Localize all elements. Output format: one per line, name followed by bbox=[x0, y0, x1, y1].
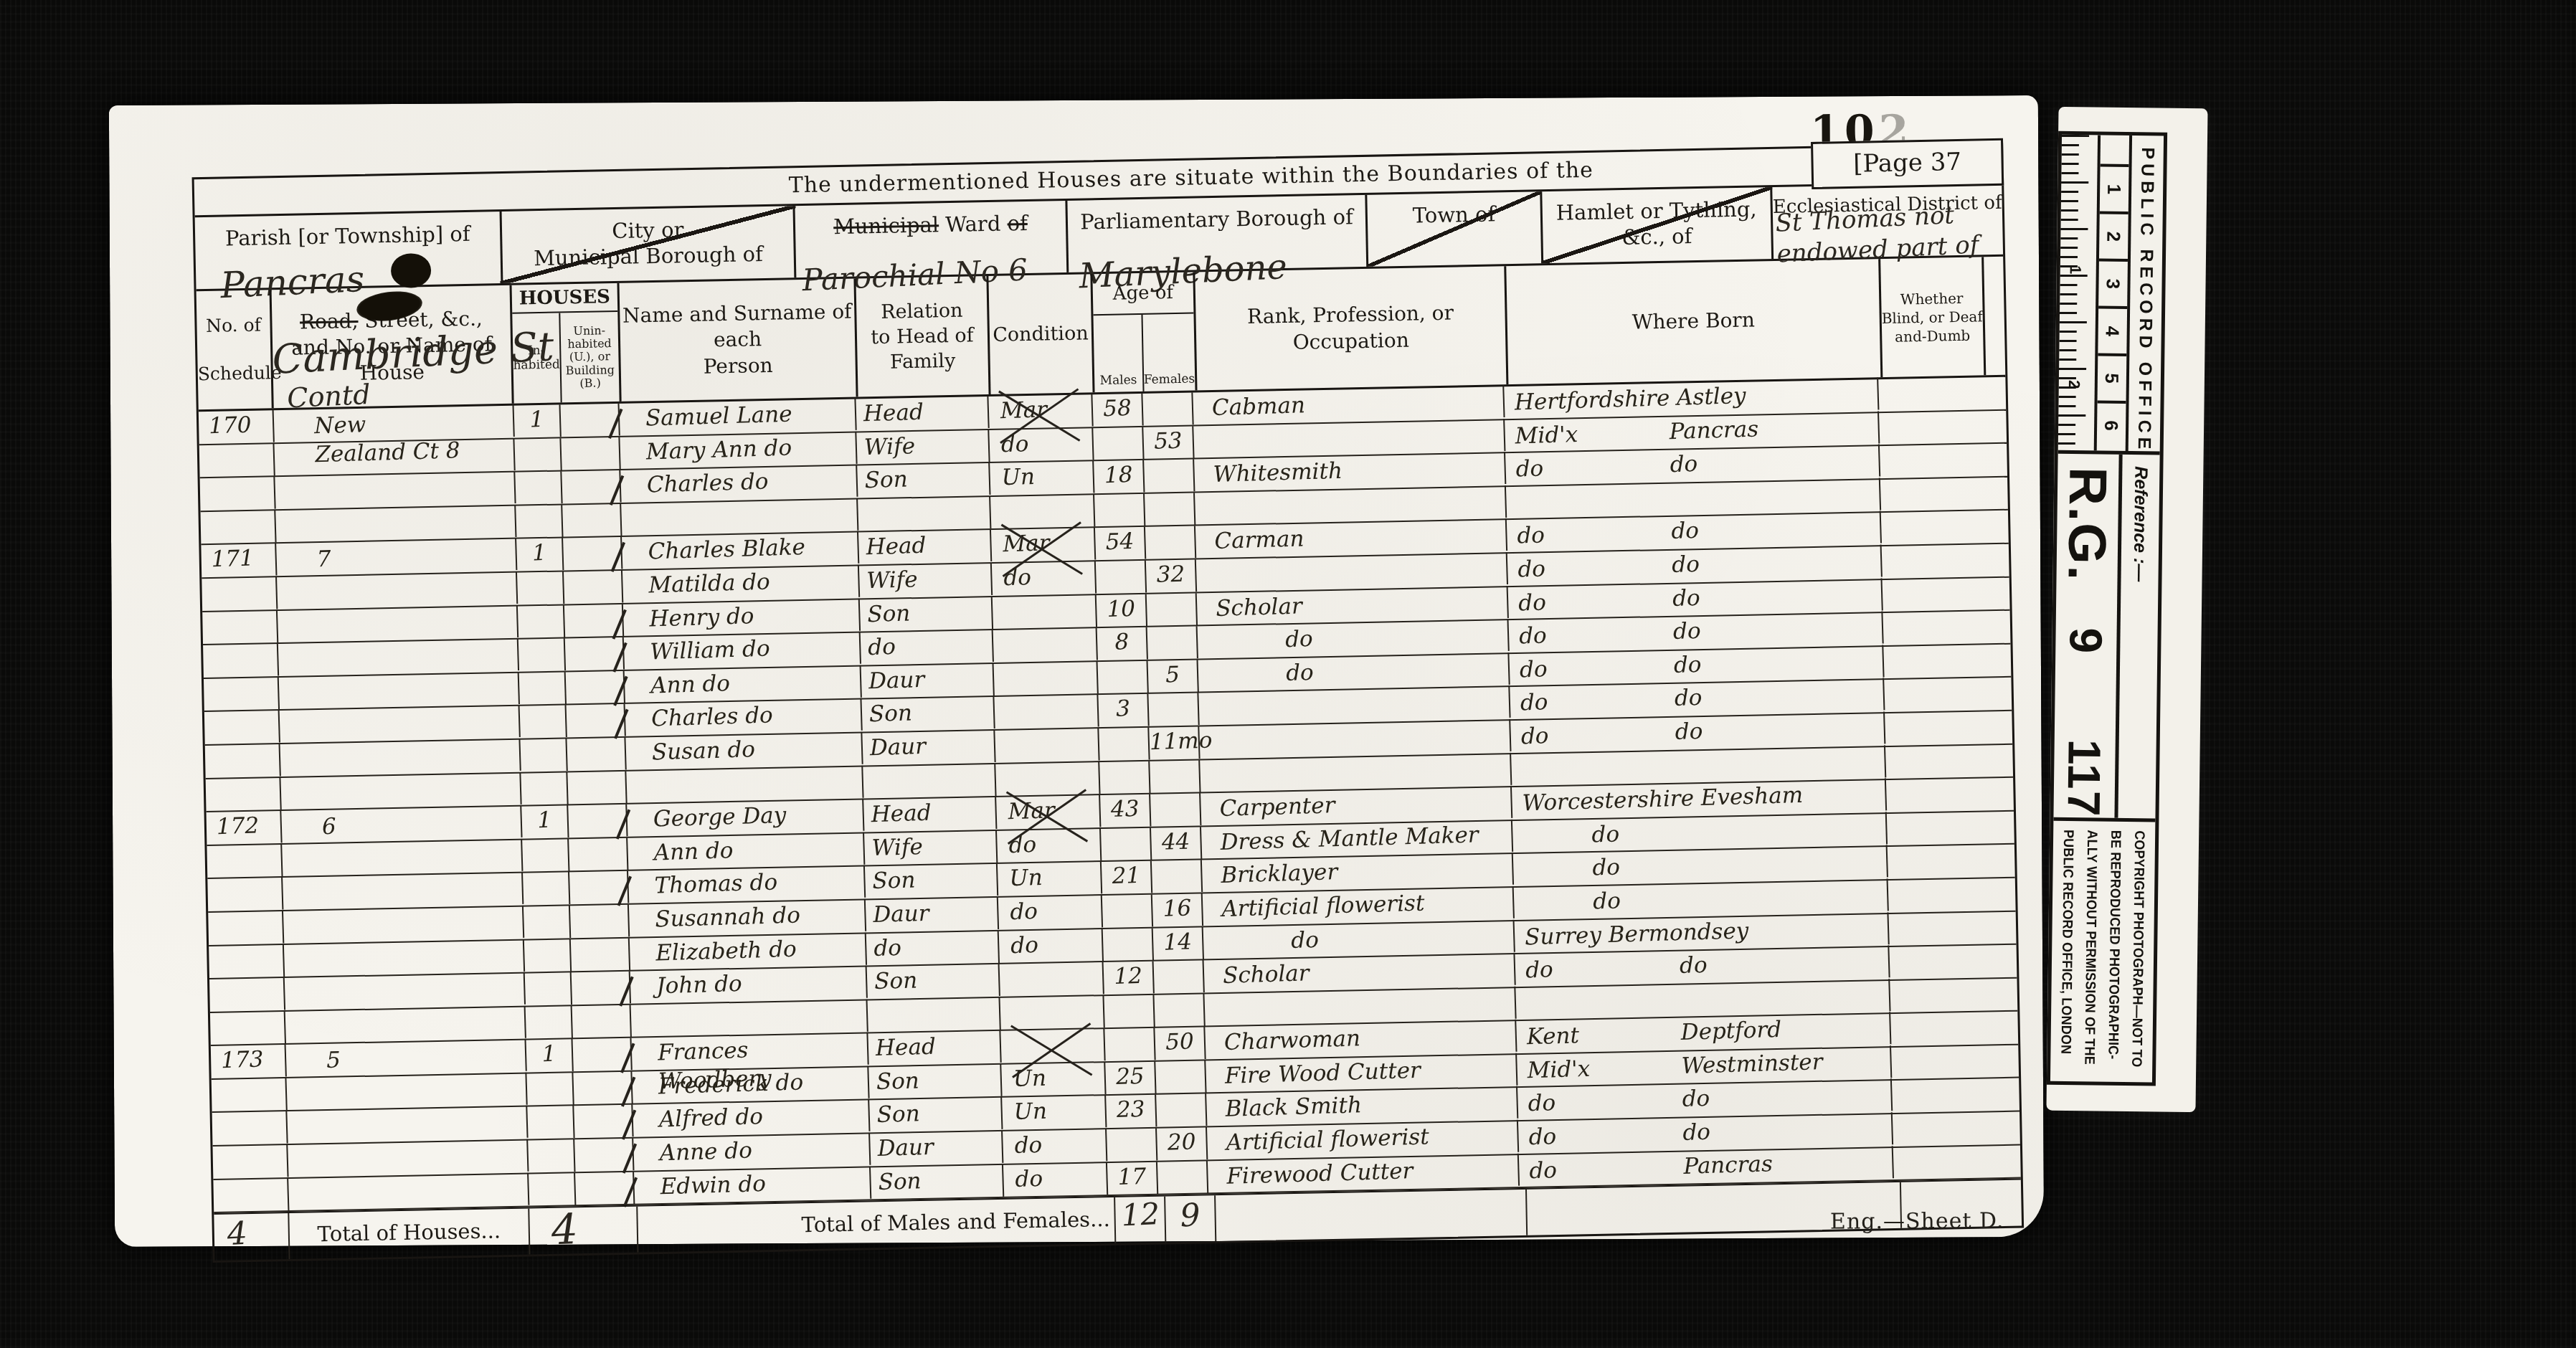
record-series: R.G. bbox=[2056, 467, 2118, 582]
cell-addr bbox=[275, 505, 516, 544]
cell-rel: Daur bbox=[861, 663, 995, 699]
cell-am bbox=[1096, 560, 1147, 594]
cell-af: 11mo bbox=[1149, 726, 1200, 760]
cell-name: Elizabeth do bbox=[630, 932, 867, 971]
cell-blind bbox=[1887, 810, 2014, 846]
cell-uninh bbox=[569, 837, 628, 871]
cell-cond bbox=[1000, 1029, 1105, 1064]
cell-af bbox=[1147, 593, 1198, 627]
cell-am bbox=[1099, 761, 1150, 794]
cell-addr: 5 bbox=[286, 1039, 527, 1078]
cell-rel: do bbox=[861, 630, 994, 665]
cell-addr bbox=[279, 672, 520, 711]
cell-name: Ann do bbox=[625, 665, 862, 704]
cell-inh bbox=[518, 638, 566, 672]
cell-uninh bbox=[562, 503, 622, 537]
cell-cond: do bbox=[992, 561, 1097, 596]
cell-am: 21 bbox=[1102, 861, 1152, 895]
cell-am: 54 bbox=[1095, 527, 1146, 561]
ruler-inch-number: 2 bbox=[2099, 211, 2128, 258]
copyright-line: BE REPRODUCED PHOTOGRAPHIC- bbox=[2104, 830, 2123, 1067]
cell-inh: 1 bbox=[516, 538, 564, 571]
cell-sched bbox=[200, 510, 276, 544]
cell-rel bbox=[863, 763, 996, 799]
page-number-box: [Page 37 bbox=[1811, 138, 2004, 189]
cell-addr bbox=[275, 438, 516, 478]
cell-blind bbox=[1893, 1111, 2020, 1147]
ruler-inch-boxes: 123456 bbox=[2094, 135, 2132, 451]
cell-rel: Daur bbox=[862, 730, 995, 766]
cell-am bbox=[1103, 928, 1154, 962]
cell-inh bbox=[514, 438, 562, 472]
cell-am: 18 bbox=[1094, 460, 1145, 494]
cell-blind bbox=[1883, 644, 2011, 680]
cell-rel: Head bbox=[856, 396, 989, 432]
cell-sched bbox=[208, 911, 284, 945]
cell-af bbox=[1157, 1161, 1208, 1195]
cell-af bbox=[1150, 760, 1201, 794]
cell-name: Frederick do bbox=[632, 1066, 869, 1105]
census-page: 102 [Page 37 The undermentioned Houses a… bbox=[109, 95, 2044, 1247]
totals-males-females-label: Total of Males and Females... bbox=[638, 1197, 1116, 1253]
cell-addr bbox=[280, 739, 521, 778]
cell-sched: 170 bbox=[199, 410, 275, 445]
cell-addr bbox=[285, 1006, 526, 1045]
cell-cond: Un bbox=[990, 461, 1094, 496]
cell-rel: Son bbox=[869, 1097, 1003, 1133]
cell-sched bbox=[203, 644, 279, 678]
cell-name: Susannah do bbox=[629, 899, 866, 938]
cell-addr bbox=[278, 604, 518, 644]
cell-sched bbox=[204, 677, 280, 711]
cell-af bbox=[1156, 1093, 1207, 1127]
col-schedule: No. ofSchedule bbox=[196, 290, 274, 409]
col-age-males: Males bbox=[1093, 315, 1142, 392]
cell-addr bbox=[275, 471, 516, 511]
ink-blot bbox=[391, 253, 432, 288]
cell-am bbox=[1107, 1128, 1157, 1162]
cell-sched bbox=[212, 1144, 288, 1179]
cell-cond bbox=[1000, 995, 1105, 1030]
cell-uninh bbox=[561, 437, 620, 470]
cell-rel: Wife bbox=[864, 830, 998, 866]
cell-am bbox=[1093, 427, 1144, 460]
cell-af: 14 bbox=[1153, 927, 1204, 961]
field-city-borough: City or Municipal Borough of bbox=[502, 206, 797, 283]
cell-occ: Firewood Cutter bbox=[1208, 1153, 1520, 1194]
cell-name: Edwin do bbox=[634, 1166, 871, 1205]
field-ecclesiastical-district: Ecclesiastical District of St Thomas not… bbox=[1772, 183, 2003, 259]
cell-inh bbox=[519, 672, 567, 706]
copyright-line: COPYRIGHT PHOTOGRAPH—NOT TO bbox=[2128, 830, 2147, 1067]
cell-am bbox=[1102, 894, 1153, 928]
cell-blind bbox=[1880, 443, 2007, 479]
cell-af bbox=[1147, 626, 1198, 660]
cell-blind bbox=[1892, 1078, 2019, 1114]
cell-addr bbox=[280, 772, 521, 811]
copyright-line: PUBLIC RECORD OFFICE, LONDON bbox=[2057, 830, 2076, 1066]
field-town: Town of bbox=[1368, 191, 1543, 267]
males-total-value: 12 bbox=[1120, 1196, 1160, 1233]
cell-inh bbox=[527, 1106, 574, 1139]
cell-inh bbox=[523, 872, 570, 906]
cell-name: Susan do bbox=[625, 732, 863, 771]
cell-blind bbox=[1882, 544, 2009, 579]
cell-sched: 172 bbox=[206, 811, 282, 845]
cell-blind bbox=[1893, 1144, 2021, 1180]
cell-blind bbox=[1889, 944, 2017, 980]
cell-af: 44 bbox=[1151, 827, 1202, 860]
pro-reference-section: Reference :— R.G. 9 117 bbox=[2053, 454, 2159, 822]
cell-af: 5 bbox=[1148, 660, 1199, 693]
cell-cond: do bbox=[1003, 1162, 1108, 1197]
cell-rel: Wife bbox=[859, 563, 993, 599]
cell-cond bbox=[993, 594, 1097, 630]
cell-am bbox=[1104, 995, 1155, 1028]
col-relation: Relation to Head of Family bbox=[856, 276, 990, 397]
cell-inh bbox=[528, 1139, 575, 1173]
cell-uninh bbox=[572, 1005, 632, 1038]
cell-cond bbox=[995, 761, 1100, 797]
field-parish: Parish [or Township] of Pancras bbox=[195, 212, 503, 289]
cell-af bbox=[1154, 960, 1205, 994]
cell-addr bbox=[287, 1073, 528, 1112]
cell-rel: Son bbox=[860, 597, 993, 632]
cell-cond: do bbox=[999, 929, 1104, 964]
cell-af bbox=[1152, 860, 1203, 893]
col-age-group: Age of Males Females bbox=[1092, 272, 1197, 392]
col-uninhabited: Unin- habited (U.), or Building (B.) bbox=[559, 312, 619, 403]
cell-addr: 7 bbox=[276, 538, 517, 577]
cell-uninh bbox=[567, 737, 626, 771]
cell-inh bbox=[529, 1173, 576, 1207]
pro-copyright-section: COPYRIGHT PHOTOGRAPH—NOT TOBE REPRODUCED… bbox=[2050, 821, 2156, 1094]
cell-inh: 1 bbox=[521, 805, 569, 839]
pro-reference-strip: PUBLIC RECORD OFFICE 123456 1 2 Referenc… bbox=[2046, 107, 2207, 1112]
cell-cond: Un bbox=[1001, 1062, 1106, 1097]
cell-af bbox=[1145, 493, 1195, 526]
cell-uninh bbox=[567, 771, 627, 804]
cell-rel: do bbox=[866, 930, 1000, 966]
cell-sched bbox=[205, 744, 281, 778]
cell-sched bbox=[211, 1078, 287, 1112]
cell-af bbox=[1145, 526, 1196, 560]
cell-name: Matilda do bbox=[622, 565, 860, 604]
cell-rel: Daur bbox=[870, 1131, 1003, 1167]
cell-inh bbox=[524, 939, 572, 973]
cell-sched: 173 bbox=[211, 1045, 287, 1079]
cell-name bbox=[621, 498, 858, 537]
cell-rel: Son bbox=[868, 1064, 1002, 1100]
ruler-inch-number: 4 bbox=[2098, 305, 2127, 353]
cell-cond: Mar bbox=[991, 528, 1096, 563]
cell-inh bbox=[520, 705, 567, 739]
cell-blind bbox=[1890, 977, 2017, 1013]
cell-cond bbox=[993, 628, 1098, 663]
reference-label: Reference :— bbox=[2114, 455, 2159, 819]
cell-uninh bbox=[564, 570, 623, 604]
cell-am bbox=[1099, 727, 1150, 761]
cell-blind bbox=[1888, 878, 2016, 913]
cell-blind bbox=[1879, 409, 2007, 445]
cell-cond: Un bbox=[998, 862, 1102, 897]
cell-af bbox=[1155, 1060, 1206, 1094]
cell-blind bbox=[1891, 1045, 2019, 1081]
cell-addr bbox=[287, 1106, 528, 1145]
cell-blind bbox=[1881, 510, 2009, 546]
field-parliamentary-borough: Parliamentary Borough of Marylebone bbox=[1067, 195, 1368, 272]
cell-cond: do bbox=[998, 895, 1103, 930]
record-piece: 117 bbox=[2058, 739, 2111, 818]
cell-sched bbox=[202, 610, 278, 645]
ruler-inch-number: 3 bbox=[2098, 258, 2128, 305]
field-hamlet: Hamlet or Tything, &c., of bbox=[1542, 187, 1774, 263]
pro-strip-rotated-content: PUBLIC RECORD OFFICE 123456 1 2 Referenc… bbox=[2046, 107, 2207, 1111]
cell-af bbox=[1150, 793, 1201, 827]
pro-ruler-section: PUBLIC RECORD OFFICE 123456 1 2 bbox=[2058, 135, 2164, 455]
cell-sched bbox=[213, 1178, 289, 1212]
cell-blind bbox=[1888, 911, 2016, 946]
cell-name: William do bbox=[624, 632, 861, 670]
cell-cond bbox=[995, 728, 1099, 763]
cell-name: Charles Blake bbox=[622, 531, 859, 570]
ruler-ticks: 1 2 bbox=[2058, 135, 2098, 451]
cell-am: 12 bbox=[1104, 961, 1155, 995]
cell-name bbox=[626, 765, 863, 804]
cell-blind bbox=[1888, 844, 2015, 880]
cell-name: Ann do bbox=[628, 832, 865, 870]
cell-rel bbox=[868, 997, 1001, 1033]
cell-addr bbox=[282, 839, 523, 878]
cell-sched bbox=[199, 477, 275, 511]
cell-af: 53 bbox=[1143, 426, 1194, 460]
pro-office-label: PUBLIC RECORD OFFICE bbox=[2128, 136, 2164, 452]
screenshot-root: { "page": { "number_parts": {"a": "10", … bbox=[0, 0, 2576, 1348]
cell-rel: Son bbox=[857, 462, 990, 498]
record-class: 9 bbox=[2060, 627, 2113, 655]
cell-am bbox=[1104, 1028, 1155, 1062]
cell-inh bbox=[521, 772, 568, 806]
cell-name: Alfred do bbox=[633, 1099, 870, 1138]
cell-rel: Son bbox=[867, 964, 1000, 1000]
cell-af: 16 bbox=[1152, 893, 1203, 927]
cell-addr bbox=[288, 1139, 529, 1179]
cell-uninh bbox=[571, 938, 630, 972]
schedule-total-value: 4 bbox=[227, 1215, 248, 1253]
cell-rel: Son bbox=[861, 696, 995, 732]
cell-am: 10 bbox=[1097, 594, 1147, 627]
col-name: Name and Surname of each Person bbox=[619, 279, 858, 402]
cell-name: George Day bbox=[627, 799, 864, 837]
cell-inh bbox=[520, 739, 567, 772]
cell-rel: Daur bbox=[866, 897, 999, 933]
cell-addr bbox=[284, 939, 525, 978]
cell-inh bbox=[525, 972, 572, 1006]
cell-inh bbox=[524, 906, 571, 939]
cell-sched bbox=[207, 878, 283, 912]
cell-name: Mary Ann do bbox=[620, 431, 857, 470]
cell-name: Thomas do bbox=[628, 865, 866, 904]
cell-addr bbox=[278, 638, 519, 678]
cell-sched: 171 bbox=[201, 544, 277, 578]
cell-am: 17 bbox=[1107, 1162, 1158, 1195]
field-ward: Municipal Ward of Parochial No 6 bbox=[795, 201, 1069, 277]
cell-blind bbox=[1878, 376, 2006, 412]
cell-addr bbox=[285, 972, 526, 1012]
cell-cond: do bbox=[989, 427, 1094, 462]
cell-blind bbox=[1883, 576, 2010, 612]
cell-am bbox=[1094, 493, 1145, 527]
cell-addr bbox=[288, 1172, 529, 1212]
cell-blind bbox=[1886, 777, 2014, 813]
ruler-inch-number: 5 bbox=[2098, 353, 2127, 400]
totals-houses-cell: 4 bbox=[529, 1207, 638, 1255]
cell-sched bbox=[209, 978, 285, 1012]
totals-females-cell: 9 bbox=[1165, 1195, 1216, 1242]
col-where-born: Where Born bbox=[1506, 259, 1883, 384]
cell-af bbox=[1144, 459, 1195, 493]
cell-addr bbox=[283, 872, 524, 911]
cell-inh bbox=[526, 1073, 574, 1106]
cell-uninh bbox=[570, 904, 630, 938]
cell-am: 25 bbox=[1105, 1061, 1156, 1095]
cell-af: 50 bbox=[1155, 1027, 1206, 1060]
ruler-inch-number: 6 bbox=[2097, 400, 2126, 447]
cell-am: 43 bbox=[1100, 794, 1151, 828]
cell-addr: 6 bbox=[281, 805, 522, 845]
cell-cond: do bbox=[1003, 1129, 1107, 1164]
houses-total-value: 4 bbox=[550, 1205, 579, 1255]
cell-sched bbox=[205, 777, 281, 812]
cell-inh bbox=[526, 1006, 573, 1040]
col-condition: Condition bbox=[988, 274, 1094, 394]
cell-rel bbox=[858, 496, 991, 532]
cell-addr bbox=[283, 906, 524, 945]
cell-inh bbox=[518, 605, 565, 639]
cell-blind bbox=[1883, 610, 2010, 646]
cell-cond bbox=[994, 661, 1099, 696]
ruler-inch-number: 1 bbox=[2100, 163, 2129, 211]
col-blind-deaf: Whether Blind, or Deaf and-Dumb bbox=[1880, 257, 1986, 377]
cell-rel: Son bbox=[865, 863, 998, 899]
cell-blind bbox=[1884, 677, 2012, 713]
cell-am: 8 bbox=[1097, 627, 1148, 661]
cell-name: Samuel Lane bbox=[620, 398, 857, 437]
cell-rel: Head bbox=[863, 797, 997, 832]
cell-blind bbox=[1885, 744, 2013, 779]
cell-name: Charles do bbox=[620, 465, 858, 503]
cell-cond: Mar bbox=[988, 394, 1093, 429]
cell-sched bbox=[204, 711, 280, 745]
reference-number: R.G. 9 117 bbox=[2053, 454, 2118, 818]
cell-blind bbox=[1890, 1011, 2018, 1047]
cell-am: 3 bbox=[1098, 694, 1149, 728]
street-heading-continued: Contd bbox=[286, 379, 371, 414]
totals-houses-label: Total of Houses... bbox=[289, 1209, 530, 1259]
cell-addr bbox=[280, 705, 521, 744]
census-form: [Page 37 The undermentioned Houses are s… bbox=[192, 143, 2025, 1263]
cell-inh: 1 bbox=[526, 1039, 574, 1073]
cell-rel: Head bbox=[858, 529, 992, 565]
cell-sched bbox=[199, 443, 275, 478]
cell-am bbox=[1098, 660, 1149, 694]
cell-af bbox=[1148, 693, 1199, 726]
cell-cond: Un bbox=[1002, 1096, 1107, 1131]
cell-cond bbox=[990, 494, 1095, 529]
cell-sched bbox=[210, 1011, 286, 1045]
cell-blind bbox=[1885, 711, 2012, 746]
females-total-value: 9 bbox=[1179, 1197, 1201, 1234]
cell-inh bbox=[517, 571, 564, 605]
cell-cond bbox=[1000, 962, 1104, 997]
cell-am: 23 bbox=[1106, 1095, 1157, 1129]
cell-rel: Son bbox=[871, 1164, 1004, 1200]
totals-empty-occupation bbox=[1216, 1190, 1528, 1241]
cell-af: 20 bbox=[1157, 1127, 1208, 1161]
cell-inh bbox=[522, 839, 569, 873]
cell-cond: do bbox=[997, 828, 1102, 863]
col-occupation: Rank, Profession, or Occupation bbox=[1195, 266, 1508, 390]
cell-blind bbox=[1880, 477, 2008, 513]
cell-sched bbox=[212, 1111, 288, 1146]
cell-name: Anne do bbox=[633, 1133, 871, 1172]
cell-af bbox=[1154, 994, 1205, 1027]
cell-af: 32 bbox=[1146, 559, 1197, 593]
totals-males-cell: 12 bbox=[1115, 1197, 1166, 1243]
cell-sched bbox=[207, 844, 283, 878]
cell-name: Charles do bbox=[625, 698, 863, 737]
totals-schedule-cell: 4 bbox=[214, 1213, 290, 1261]
ruler-cm-label: 1 bbox=[2066, 265, 2085, 275]
cell-inh bbox=[515, 471, 562, 505]
cell-cond bbox=[994, 695, 1099, 730]
cell-name: Henry do bbox=[623, 598, 861, 637]
cell-am bbox=[1101, 827, 1152, 861]
cell-cond: Mar bbox=[996, 795, 1101, 830]
cell-addr bbox=[277, 571, 518, 611]
cell-name: Frances Woodbery bbox=[632, 1033, 869, 1071]
copyright-line: ALLY WITHOUT PERMISSION OF THE bbox=[2080, 830, 2100, 1066]
cell-inh: 1 bbox=[514, 404, 562, 438]
cell-am: 58 bbox=[1092, 394, 1143, 427]
ruler-cm-label: 2 bbox=[2065, 380, 2083, 389]
cell-rel: Wife bbox=[856, 429, 990, 465]
pro-strip-frame: PUBLIC RECORD OFFICE 123456 1 2 Referenc… bbox=[2047, 131, 2167, 1086]
cell-name: John do bbox=[630, 966, 868, 1005]
sheet-footer: Eng.—Sheet D. bbox=[1830, 1208, 2004, 1234]
cell-inh bbox=[516, 505, 563, 538]
cell-sched bbox=[209, 944, 285, 979]
col-age-females: Females bbox=[1141, 314, 1195, 391]
census-rows: 170New Zealand Ct 81Samuel LaneHeadMar58… bbox=[199, 377, 2021, 1213]
cell-name bbox=[631, 999, 868, 1038]
cell-sched bbox=[202, 577, 278, 612]
cell-af bbox=[1142, 392, 1193, 426]
cell-rel: Head bbox=[868, 1030, 1001, 1066]
